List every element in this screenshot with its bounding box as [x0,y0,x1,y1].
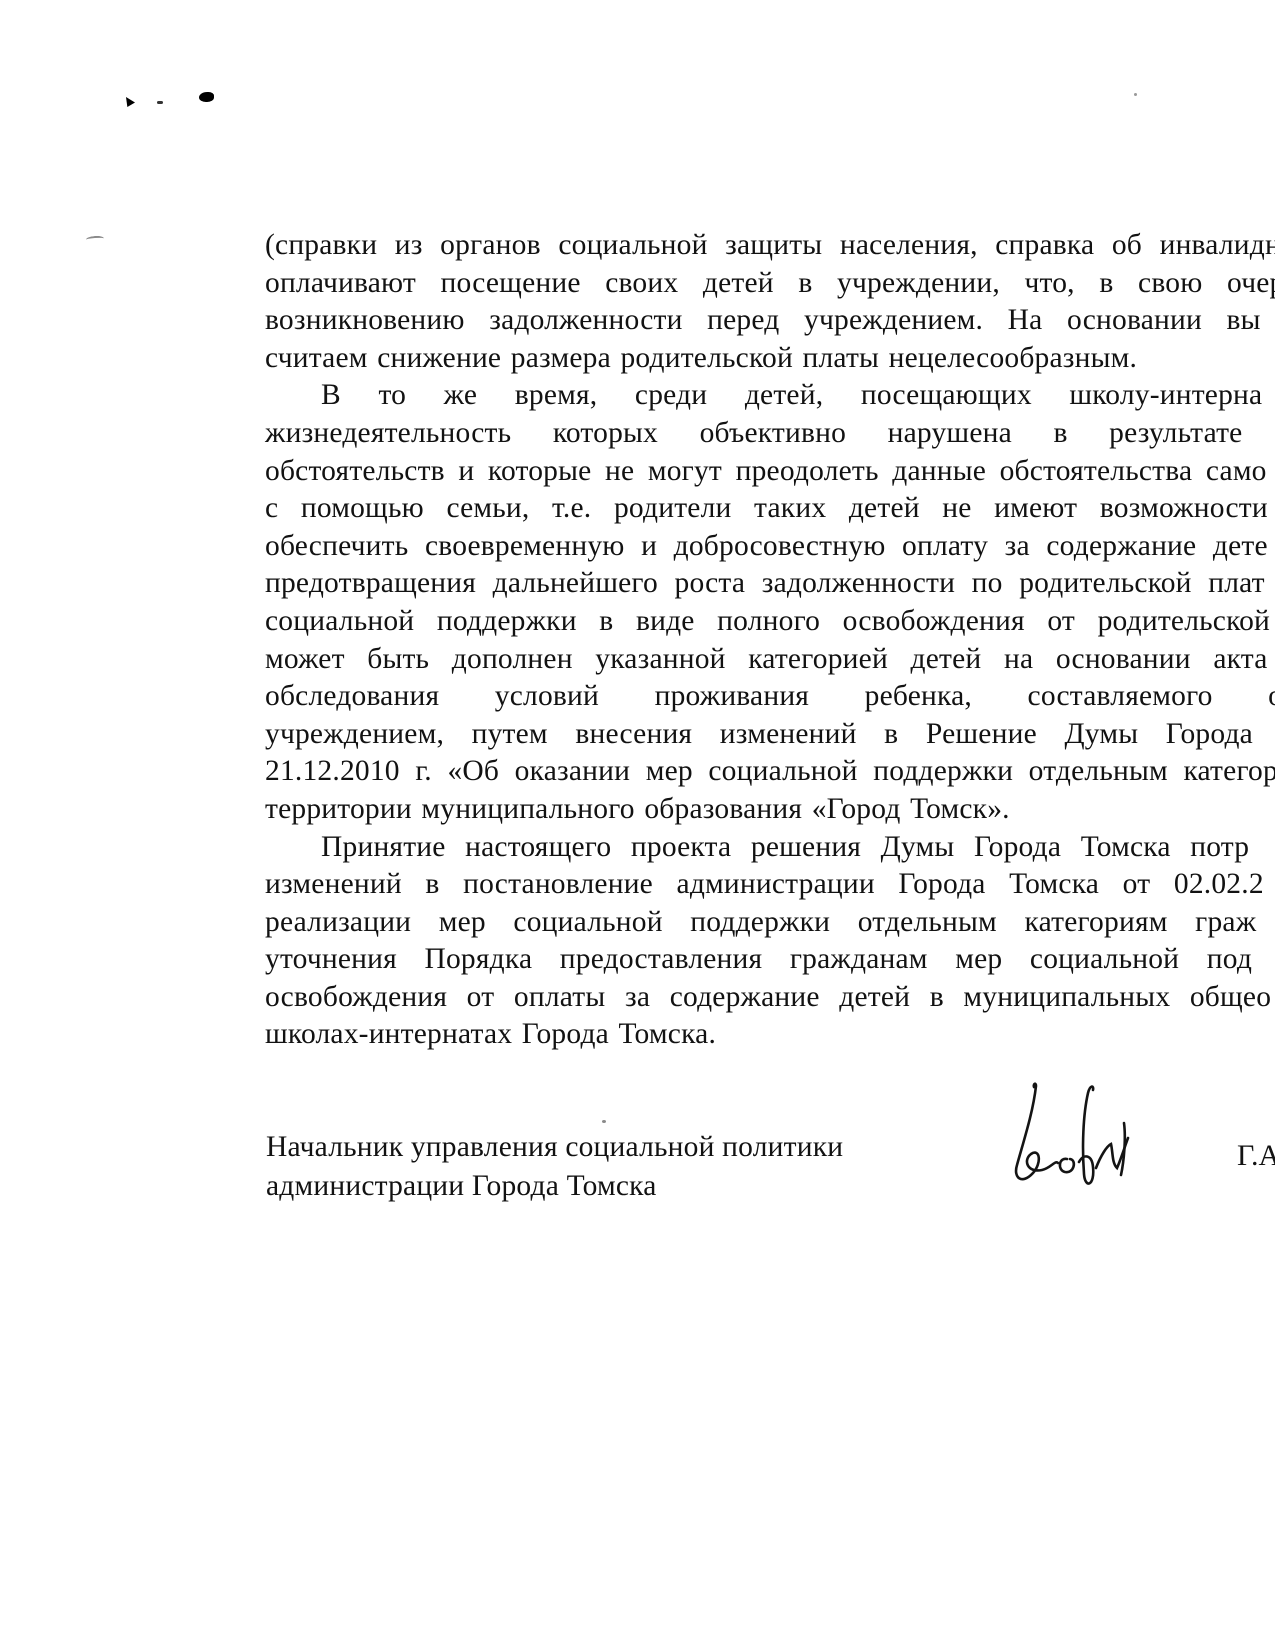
document-line: освобождения от оплаты за содержание дет… [265,979,1275,1017]
document-line: жизнедеятельность которых объективно нар… [265,415,1275,453]
document-line: считаем снижение размера родительской пл… [265,340,1275,378]
document-line: уточнения Порядка предоставления граждан… [265,941,1275,979]
document-body: (справки из органов социальной защиты на… [265,227,1275,1054]
signature-block: Начальник управления социальной политики… [266,1128,843,1206]
document-line: учреждением, путем внесения изменений в … [265,716,1275,754]
document-line: школах-интернатах Города Томска. [265,1016,1275,1054]
signatory-title-line-2: администрации Города Томска [266,1167,843,1206]
scan-artifact-speck [126,97,135,107]
document-line: оплачивают посещение своих детей в учреж… [265,265,1275,303]
scan-artifact-dot [602,1120,606,1123]
scan-artifact-speck [199,92,214,102]
document-line: обстоятельств и которые не могут преодол… [265,453,1275,491]
signee-initials: Г.А [1237,1139,1275,1173]
document-line: обследования условий проживания ребенка,… [265,678,1275,716]
signatory-title-line-1: Начальник управления социальной политики [266,1128,843,1167]
document-line: реализации мер социальной поддержки отде… [265,904,1275,942]
document-line: территории муниципального образования «Г… [265,791,1275,829]
scanned-document-page: (справки из органов социальной защиты на… [0,0,1275,1650]
document-line: В то же время, среди детей, посещающих ш… [265,377,1275,415]
document-line: обеспечить своевременную и добросовестну… [265,528,1275,566]
scan-artifact-dot [1134,93,1137,96]
document-line: может быть дополнен указанной категорией… [265,641,1275,679]
document-line: Принятие настоящего проекта решения Думы… [265,829,1275,867]
document-line: 21.12.2010 г. «Об оказании мер социально… [265,753,1275,791]
document-line: изменений в постановление администрации … [265,866,1275,904]
document-line: предотвращения дальнейшего роста задолже… [265,565,1275,603]
scan-artifact-mark [86,235,104,242]
document-line: с помощью семьи, т.е. родители таких дет… [265,490,1275,528]
document-line: (справки из органов социальной защиты на… [265,227,1275,265]
handwritten-signature-icon [1000,1075,1150,1195]
document-line: возникновению задолженности перед учрежд… [265,302,1275,340]
scan-artifact-speck [157,101,163,104]
document-line: социальной поддержки в виде полного осво… [265,603,1275,641]
